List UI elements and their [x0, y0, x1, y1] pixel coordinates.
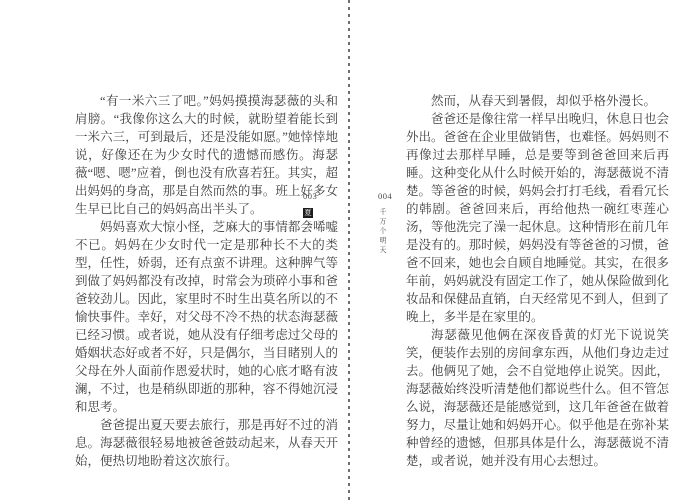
book-spread: “有一米六三了吧。”妈妈摸摸海瑟薇的头和肩膀。“我像你这么大的时候，就盼望着能长…	[0, 0, 700, 500]
paragraph: 然而，从春天到暑假，却似乎格外漫长。	[406, 92, 669, 110]
paragraph: “有一米六三了吧。”妈妈摸摸海瑟薇的头和肩膀。“我像你这么大的时候，就盼望着能长…	[75, 92, 338, 218]
chapter-marker: 夏 天	[303, 208, 321, 291]
page-number: 003	[303, 191, 321, 201]
left-page-text-block: “有一米六三了吧。”妈妈摸摸海瑟薇的头和肩膀。“我像你这么大的时候，就盼望着能长…	[75, 92, 338, 470]
chapter-boxed-char: 夏	[303, 208, 313, 218]
book-title-vertical: 千万个明天	[378, 208, 388, 270]
paragraph: 爸爸还是像往常一样早出晚归，休息日也会外出。爸爸在企业里做销售，也难怪。妈妈则不…	[406, 110, 669, 326]
paragraph: 爸爸提出夏天要去旅行，那是再好不过的消息。海瑟薇很轻易地被爸爸鼓动起来，从春天开…	[75, 416, 338, 470]
right-page-margin-marker: 004 千万个明天	[378, 191, 396, 270]
page-fold-dashed-line	[348, 0, 350, 500]
chapter-title-vertical: 天	[303, 221, 314, 291]
page-number: 004	[378, 191, 396, 201]
left-page-margin-marker: 003 夏 天	[303, 191, 321, 291]
paragraph: 海瑟薇见他俩在深夜昏黄的灯光下说说笑笑，便装作去别的房间拿东西，从他们身边走过去…	[406, 326, 669, 470]
right-page-text-block: 然而，从春天到暑假，却似乎格外漫长。 爸爸还是像往常一样早出晚归，休息日也会外出…	[406, 92, 669, 470]
paragraph: 妈妈喜欢大惊小怪，芝麻大的事情都会唏嘘不已。妈妈在少女时代一定是那种长不大的类型…	[75, 218, 338, 416]
